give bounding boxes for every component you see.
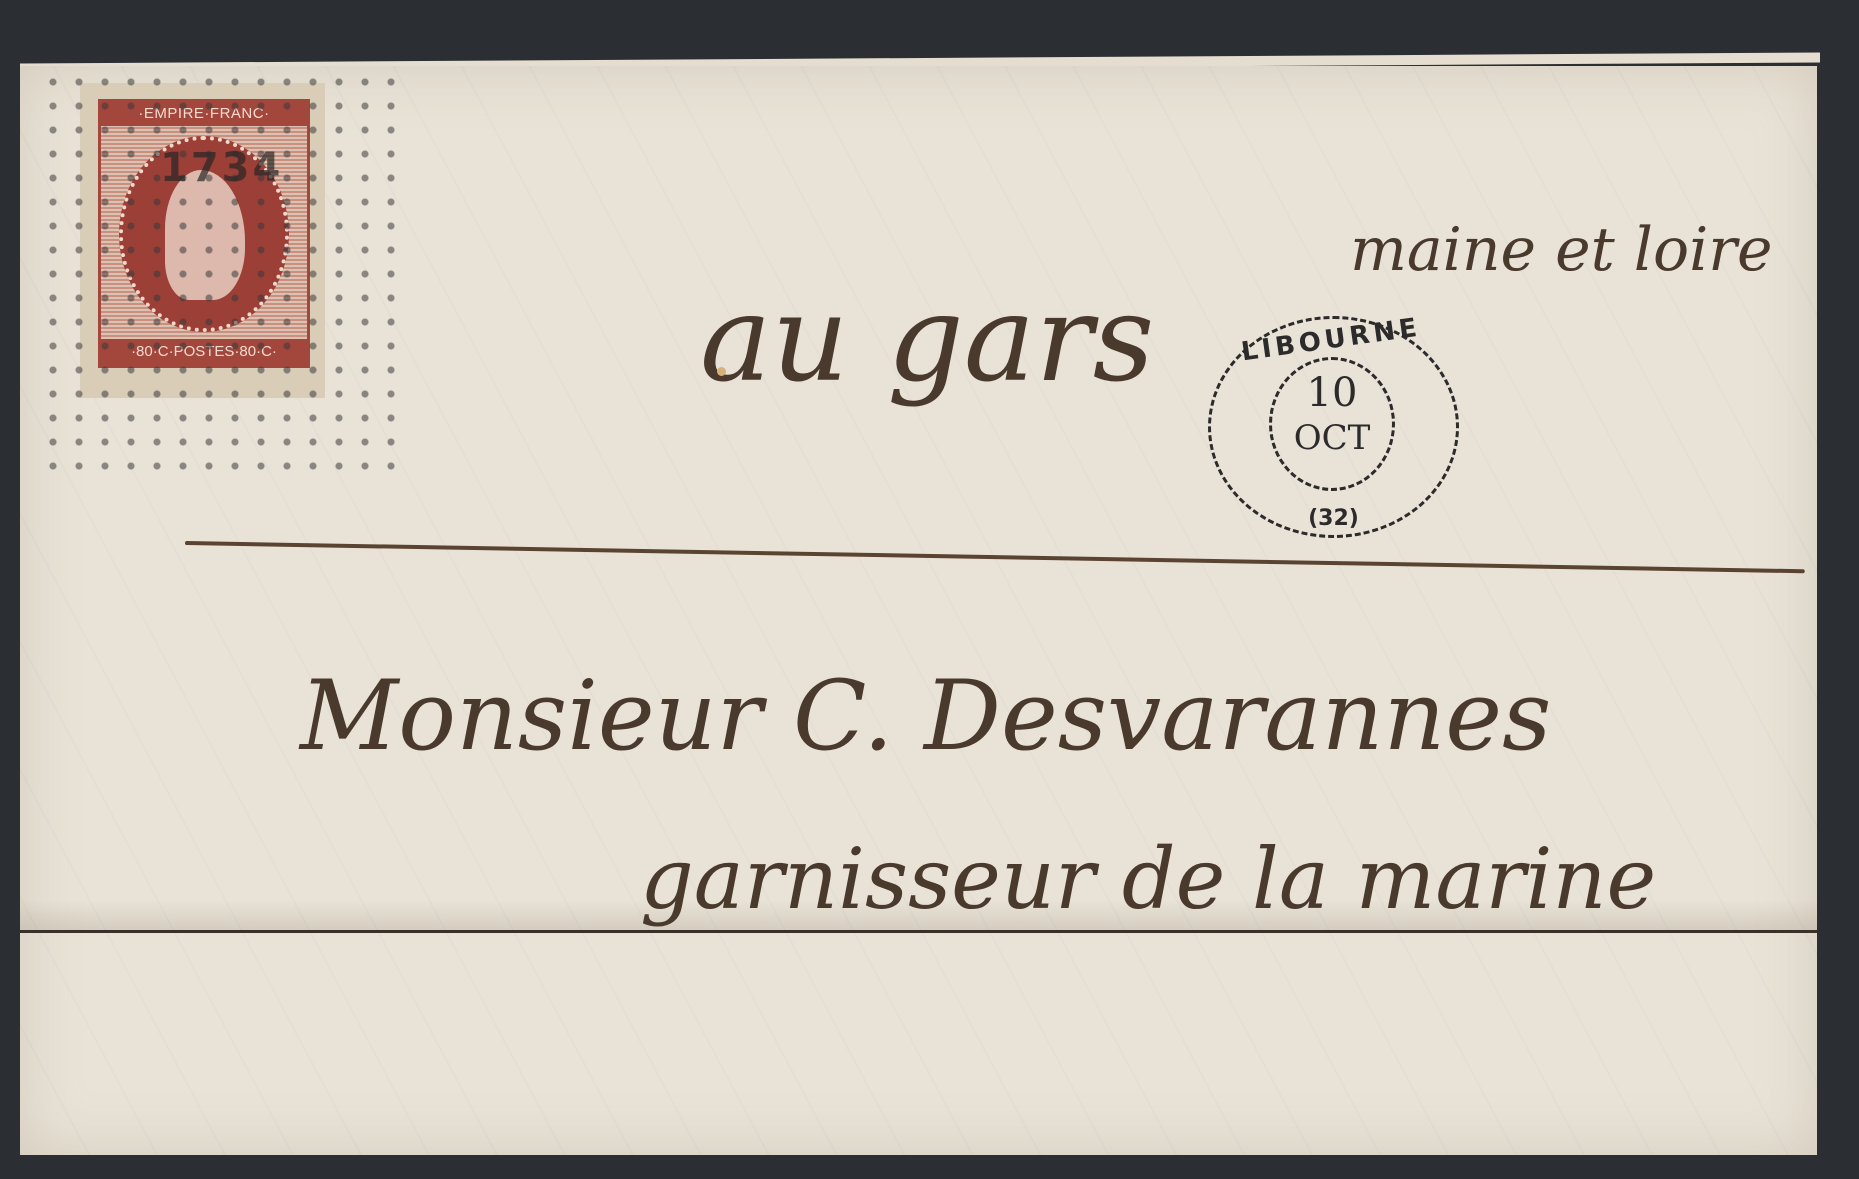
stamp-top-text: ·EMPIRE·FRANC· — [101, 102, 307, 126]
addressee-title: garnisseur de la marine — [640, 830, 1656, 928]
ink-spot — [717, 367, 726, 376]
postmark-month: OCT — [1272, 418, 1392, 458]
address-destination: au gars — [700, 270, 1154, 409]
postage-stamp: ·EMPIRE·FRANC· ·80·C·POSTES·80·C· — [80, 83, 325, 398]
address-region: maine et loire — [1350, 215, 1772, 285]
addressee-name: Monsieur C. Desvarannes — [300, 660, 1551, 772]
stamp-frame: ·EMPIRE·FRANC· ·80·C·POSTES·80·C· — [98, 99, 310, 368]
stamp-bottom-text: ·80·C·POSTES·80·C· — [101, 339, 307, 365]
fold-line — [20, 930, 1817, 933]
obliteration-number: 1734 — [160, 145, 283, 191]
postmark-department: (32) — [1211, 506, 1456, 531]
postmark-inner-ring: 10 OCT — [1269, 357, 1395, 491]
postmark-day: 10 — [1272, 370, 1392, 416]
date-postmark: LIBOURNE 10 OCT (32) — [1208, 316, 1459, 538]
